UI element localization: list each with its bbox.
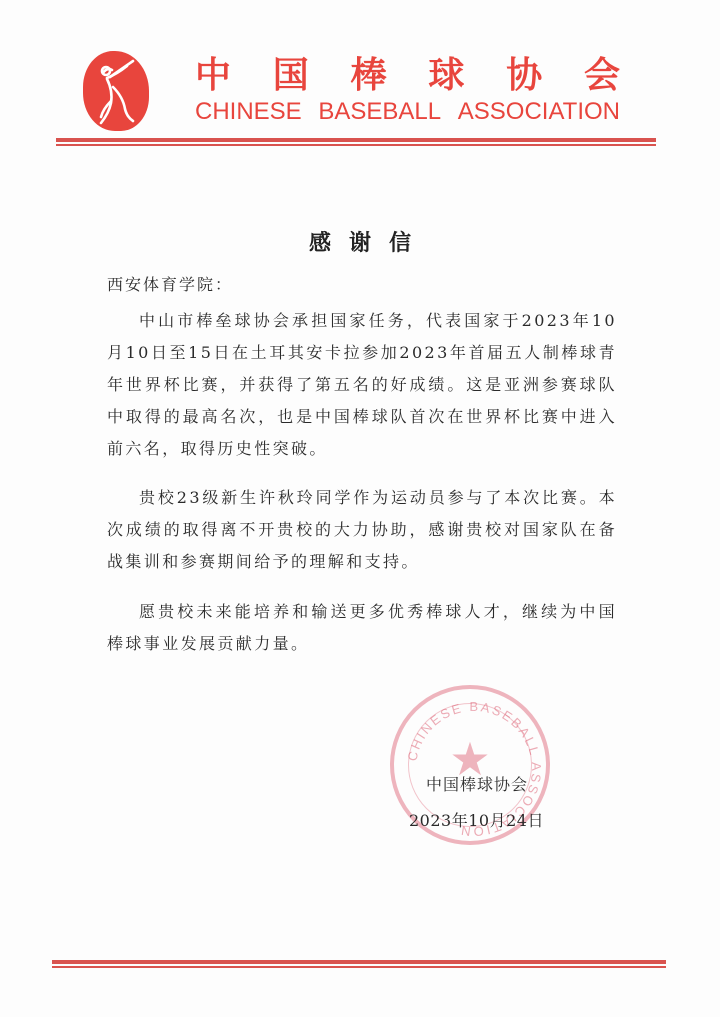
paragraph-1: 中山市棒垒球协会承担国家任务，代表国家于2023年10月10日至15日在土耳其安…	[107, 305, 617, 465]
salutation: 西安体育学院：	[107, 272, 233, 295]
org-char: 中	[195, 56, 231, 96]
org-word: BASEBALL	[318, 98, 441, 126]
header-rule-thick	[56, 138, 656, 142]
association-logo	[83, 51, 149, 131]
baseball-batter-icon	[83, 51, 149, 131]
org-word: CHINESE	[195, 98, 302, 126]
org-name-english: CHINESE BASEBALL ASSOCIATION	[195, 98, 620, 126]
header-rule-thin	[56, 144, 656, 146]
org-char: 协	[506, 56, 542, 96]
footer-rule-thin	[52, 966, 666, 968]
footer-rule-thick	[52, 960, 666, 964]
org-word: ASSOCIATION	[458, 98, 620, 126]
paragraph-3: 愿贵校未来能培养和输送更多优秀棒球人才，继续为中国棒球事业发展贡献力量。	[107, 596, 617, 660]
letter-date: 2023年10月24日	[409, 808, 544, 831]
org-char: 球	[428, 56, 464, 96]
signer-name: 中国棒球协会	[426, 772, 528, 795]
org-char: 会	[584, 56, 620, 96]
letter-title: 感谢信	[0, 226, 720, 257]
org-char: 棒	[351, 56, 387, 96]
org-name-chinese: 中 国 棒 球 协 会	[195, 56, 620, 96]
paragraph-2: 贵校23级新生许秋玲同学作为运动员参与了本次比赛。本次成绩的取得离不开贵校的大力…	[107, 482, 617, 578]
org-char: 国	[273, 56, 309, 96]
